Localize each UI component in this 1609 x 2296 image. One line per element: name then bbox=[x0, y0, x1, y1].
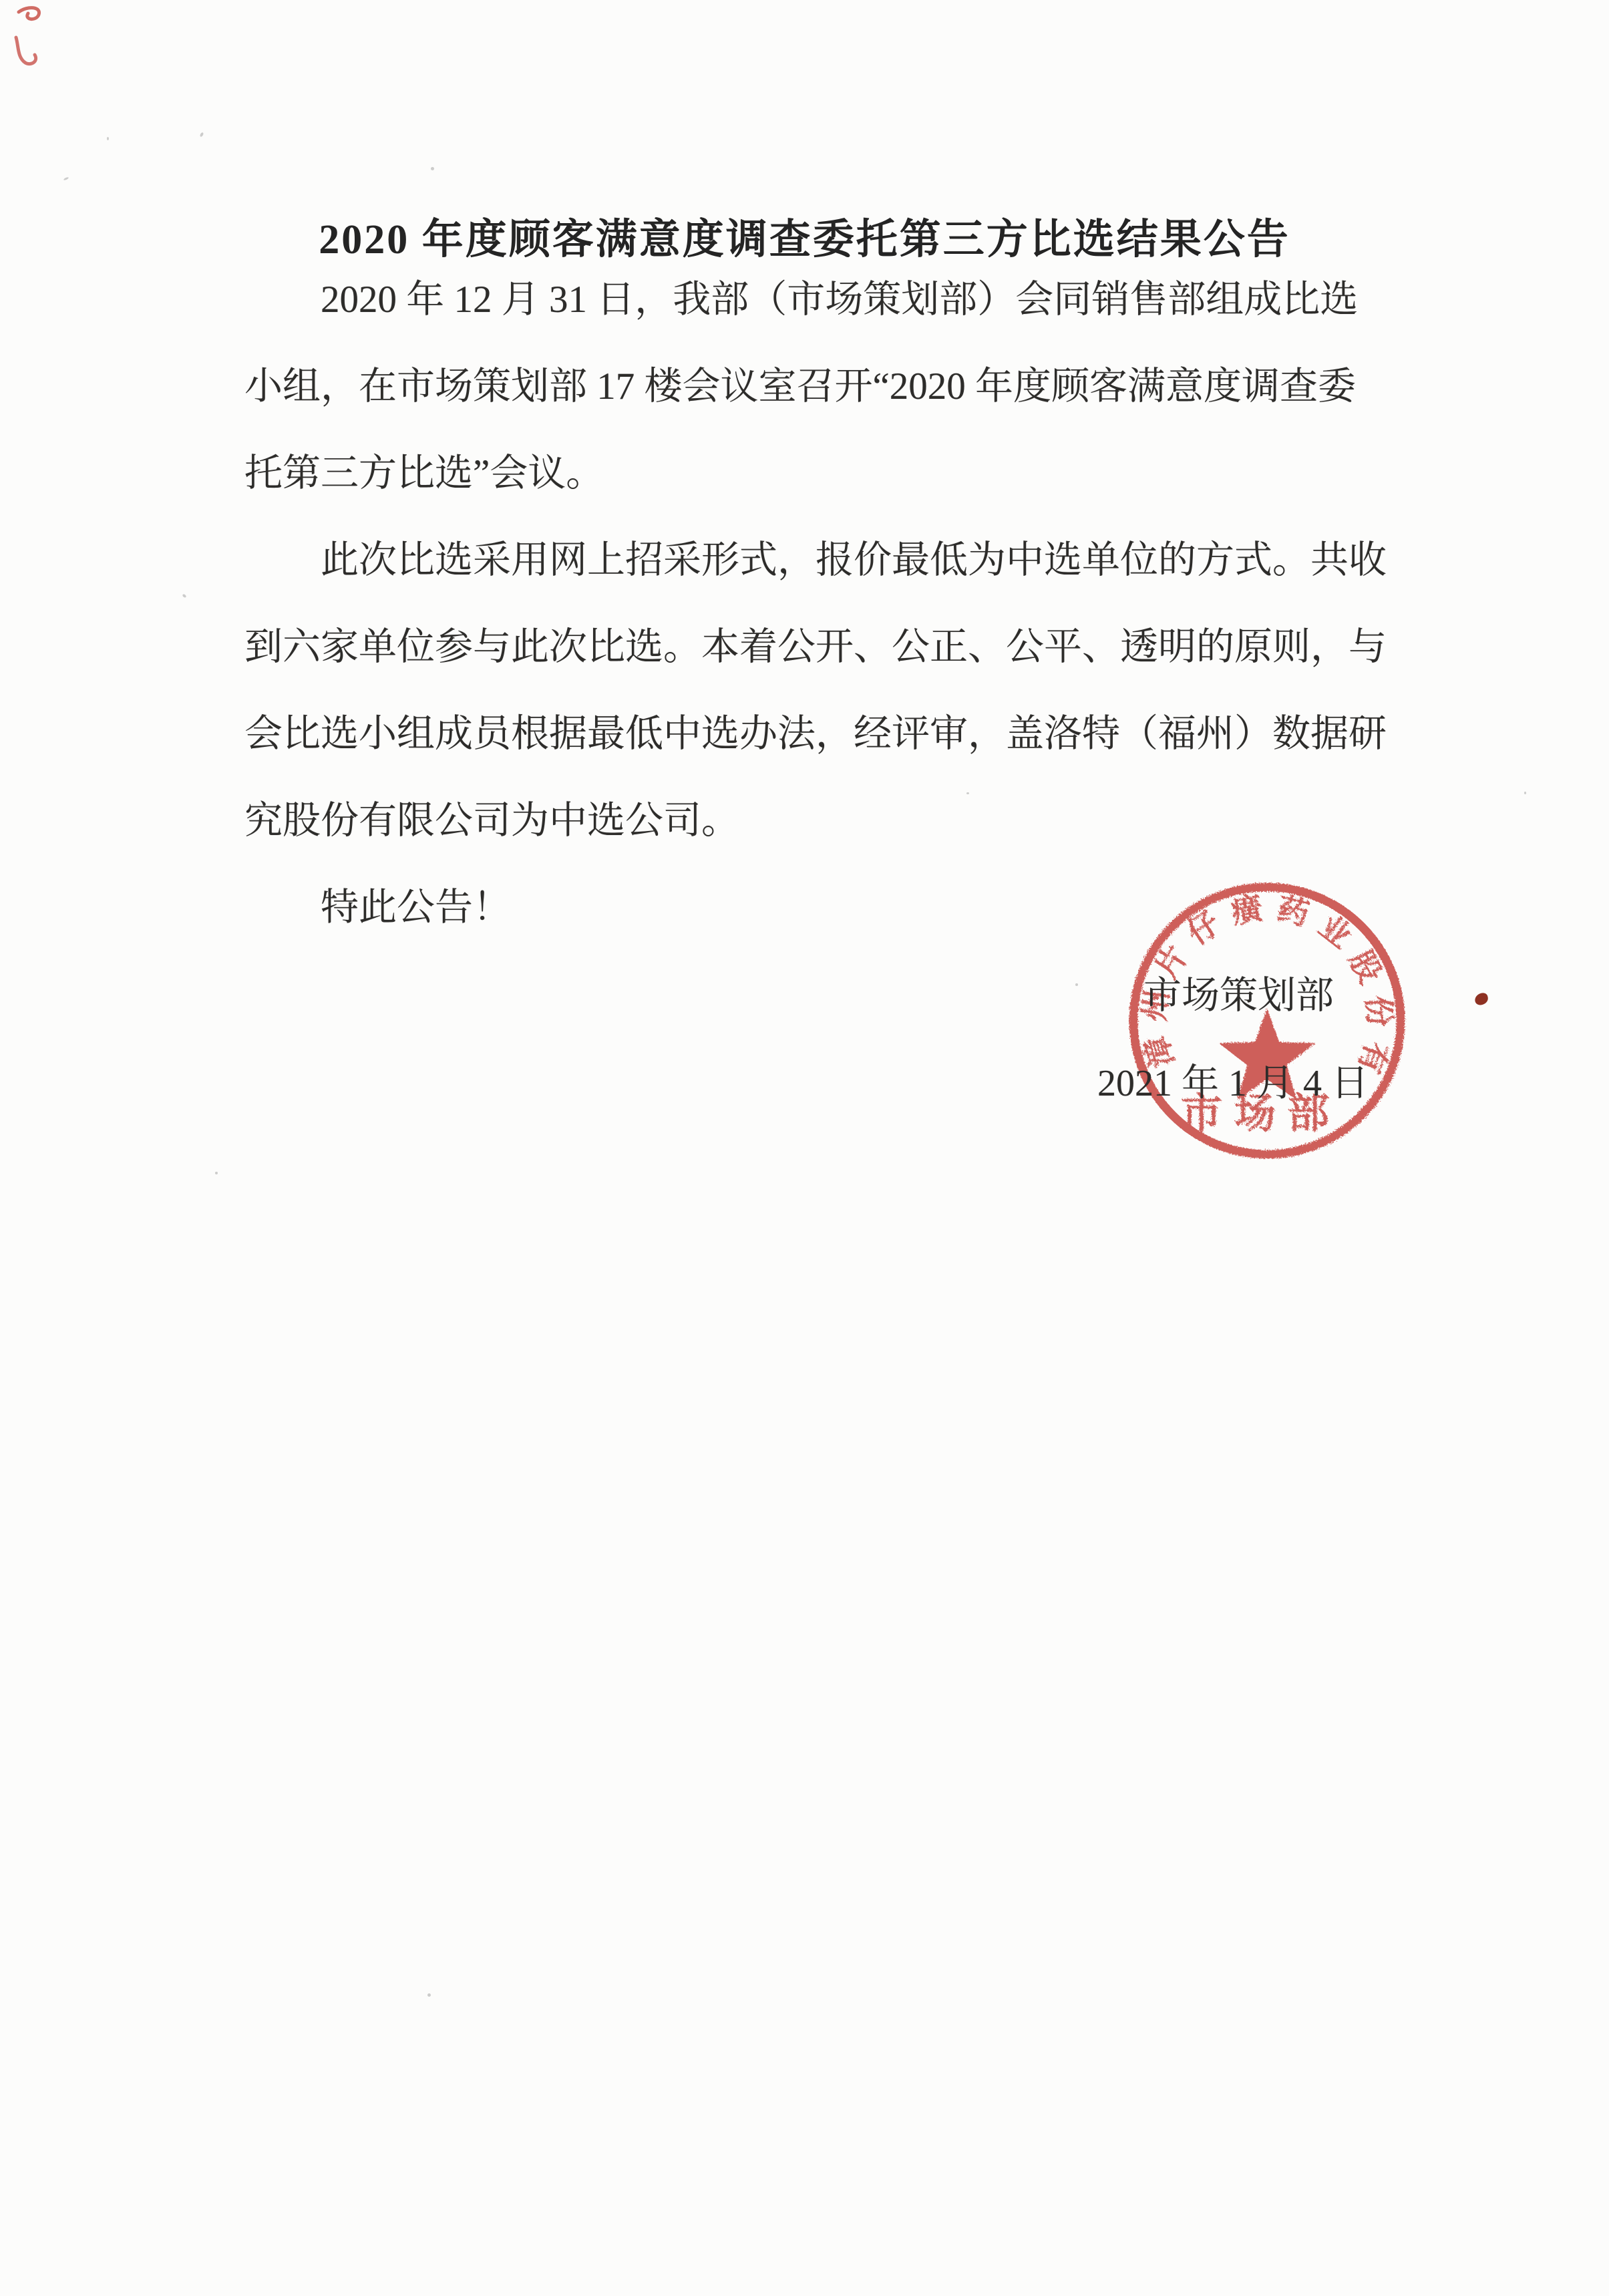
scan-speck bbox=[200, 132, 204, 137]
scan-speck bbox=[427, 1993, 431, 1997]
body-line: 2020 年 12 月 31 日，我部（市场策划部）会同销售部组成比选 bbox=[244, 257, 1383, 343]
scan-speck bbox=[1524, 792, 1526, 794]
scanned-document-page: 2020 年度顾客满意度调查委托第三方比选结果公告 2020 年 12 月 31… bbox=[0, 0, 1609, 2296]
company-seal-stamp: 漳州片仔癀药业股份有限公司 市场部 bbox=[1117, 870, 1417, 1171]
body-line: 究股份有限公司为中选公司。 bbox=[244, 778, 1383, 864]
body-line: 托第三方比选”会议。 bbox=[244, 430, 1383, 517]
scan-speck bbox=[63, 176, 69, 180]
body-line: 会比选小组成员根据最低中选办法，经评审，盖洛特（福州）数据研 bbox=[244, 691, 1383, 778]
body-line: 小组，在市场策划部 17 楼会议室召开“2020 年度顾客满意度调查委 bbox=[244, 343, 1383, 430]
scan-speck bbox=[107, 137, 109, 140]
signature-department: 市场策划部 bbox=[1143, 977, 1334, 1015]
body-line: 到六家单位参与此次比选。本着公开、公正、公平、透明的原则，与 bbox=[244, 604, 1383, 691]
document-body: 2020 年 12 月 31 日，我部（市场策划部）会同销售部组成比选 小组，在… bbox=[244, 257, 1383, 951]
ink-blob bbox=[1473, 992, 1489, 1007]
red-pen-scribble bbox=[7, 3, 87, 76]
scan-speck bbox=[431, 167, 434, 170]
scan-speck bbox=[1075, 983, 1078, 986]
body-line: 此次比选采用网上招采形式，报价最低为中选单位的方式。共收 bbox=[244, 517, 1383, 604]
scan-speck bbox=[966, 792, 969, 794]
scan-speck bbox=[215, 1172, 218, 1174]
scan-speck bbox=[182, 594, 186, 599]
document-date: 2021 年 1 月 4 日 bbox=[1097, 1065, 1369, 1102]
